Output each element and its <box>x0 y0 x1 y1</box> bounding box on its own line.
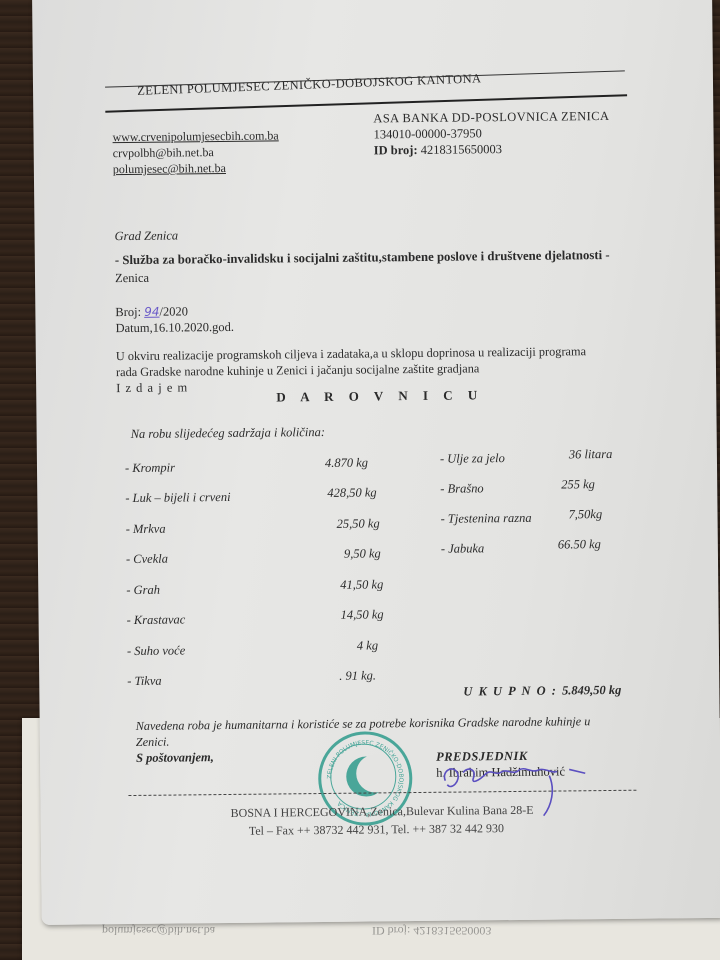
item-quantity: 428,50 kg <box>327 485 376 501</box>
item-quantity: 14,50 kg <box>340 607 383 622</box>
item-name: - Krompir <box>125 461 175 477</box>
item-quantity: 4.870 kg <box>325 456 368 471</box>
item-quantity: 255 kg <box>561 477 595 492</box>
broj-handwritten: 94 <box>144 305 159 319</box>
item-quantity: 9,50 kg <box>344 546 381 561</box>
intro-line-2: rada Gradske narodne kuhinje u Zenici i … <box>116 361 479 380</box>
footer-address: BOSNA I HERCEGOVINA,Zenica,Bulevar Kulin… <box>231 803 534 821</box>
id-number-row: ID broj: 4218315650003 <box>374 140 610 158</box>
under-sheet-ghost-id: ID broj: 4218315650003 <box>372 923 491 938</box>
donation-certificate-document: ZELENI POLUMJESEC ZENIČKO-DOBOJSKOG KANT… <box>32 0 720 925</box>
document-date: Datum,16.10.2020.god. <box>115 320 234 336</box>
total-row: U K U P N O : 5.849,50 kg <box>463 683 621 700</box>
item-name: - Mrkva <box>126 522 166 537</box>
footer-phones: Tel – Fax ++ 38732 442 931, Tel. ++ 387 … <box>249 821 504 839</box>
goods-intro: Na robu slijedećeg sadržaja i količina: <box>131 425 325 442</box>
id-number: 4218315650003 <box>421 142 502 157</box>
under-sheet-ghost-email: polumjesec@bih.net.ba <box>102 923 215 938</box>
item-name: - Grah <box>126 583 160 598</box>
crescent-icon <box>346 756 386 796</box>
broj-label: Broj: <box>115 305 141 319</box>
item-name: - Luk – bijeli i crveni <box>125 490 230 506</box>
recipient-city: Grad Zenica <box>115 228 179 244</box>
reference-number: Broj: 94/2020 <box>115 304 188 320</box>
recipient-department-city: Zenica <box>115 271 149 286</box>
intro-line-1: U okviru realizacije programskoh ciljeva… <box>116 344 586 364</box>
humanitarian-note-line-2: Zenici. <box>136 735 170 750</box>
total-value: 5.849,50 kg <box>562 683 622 698</box>
item-quantity: 25,50 kg <box>337 516 380 531</box>
item-name: - Ulje za jelo <box>440 451 505 467</box>
bank-name: ASA BANKA DD-POSLOVNICA ZENICA <box>373 108 609 126</box>
item-quantity: 41,50 kg <box>340 577 383 592</box>
bank-block: ASA BANKA DD-POSLOVNICA ZENICA 134010-00… <box>373 108 609 158</box>
item-name: - Krastavac <box>127 612 186 628</box>
item-name: - Jabuka <box>441 541 485 556</box>
website-link[interactable]: www.crvenipolumjesecbih.com.ba <box>112 127 278 145</box>
item-name: - Suho voće <box>127 643 185 659</box>
item-name: - Tikva <box>127 674 162 689</box>
organization-name: ZELENI POLUMJESEC ZENIČKO-DOBOJSKOG KANT… <box>137 71 482 99</box>
izdajem-label: I z d a j e m <box>116 380 188 396</box>
item-quantity: 36 litara <box>569 447 613 462</box>
item-name: - Tjestenina razna <box>440 511 531 527</box>
document-title: D A R O V N I C U <box>276 387 483 405</box>
id-label: ID broj: <box>374 143 418 157</box>
item-quantity: 4 kg <box>357 638 378 653</box>
broj-year: /2020 <box>159 304 188 318</box>
item-quantity: . 91 kg. <box>339 668 376 683</box>
total-label: U K U P N O : <box>463 684 557 699</box>
regards-text: S poštovanjem, <box>136 750 214 766</box>
item-quantity: 66.50 kg <box>558 537 601 552</box>
item-name: - Brašno <box>440 481 484 496</box>
email-primary[interactable]: crvpolbh@bih.net.ba <box>113 143 279 161</box>
contact-block: www.crvenipolumjesecbih.com.ba crvpolbh@… <box>112 127 279 177</box>
item-quantity: 7,50kg <box>568 507 602 522</box>
email-secondary[interactable]: polumjesec@bih.net.ba <box>113 159 279 177</box>
recipient-department: - Služba za boračko-invalidsku i socijal… <box>115 248 610 268</box>
item-name: - Cvekla <box>126 552 168 567</box>
